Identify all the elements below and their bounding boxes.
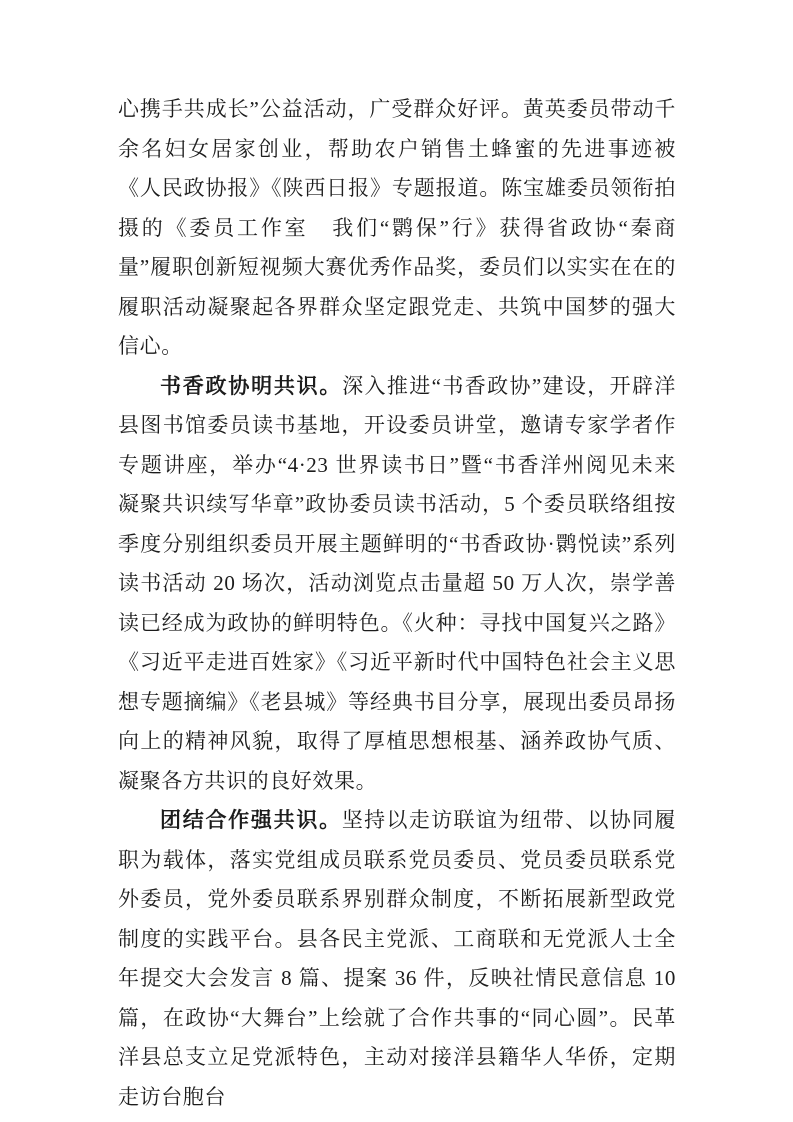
document-page: 心携手共成长”公益活动，广受群众好评。黄英委员带动千余名妇女居家创业，帮助农户销… [0,0,793,1122]
paragraph-tuanjie-hezuo: 团结合作强共识。坚持以走访联谊为纽带、以协同履职为载体，落实党组成员联系党员委员… [118,801,676,1117]
paragraph-lead: 团结合作强共识。 [160,808,342,832]
paragraph-continuation: 心携手共成长”公益活动，广受群众好评。黄英委员带动千余名妇女居家创业，帮助农户销… [118,90,676,367]
paragraph-shuxiang-zhengxie: 书香政协明共识。深入推进“书香政协”建设，开辟洋县图书馆委员读书基地，开设委员讲… [118,367,676,802]
paragraph-text: 坚持以走访联谊为纽带、以协同履职为载体，落实党组成员联系党员委员、党员委员联系党… [118,808,676,1109]
paragraph-text: 心携手共成长”公益活动，广受群众好评。黄英委员带动千余名妇女居家创业，帮助农户销… [118,97,676,358]
paragraph-text: 深入推进“书香政协”建设，开辟洋县图书馆委员读书基地，开设委员讲堂，邀请专家学者… [118,374,698,793]
paragraph-lead: 书香政协明共识。 [160,374,342,398]
